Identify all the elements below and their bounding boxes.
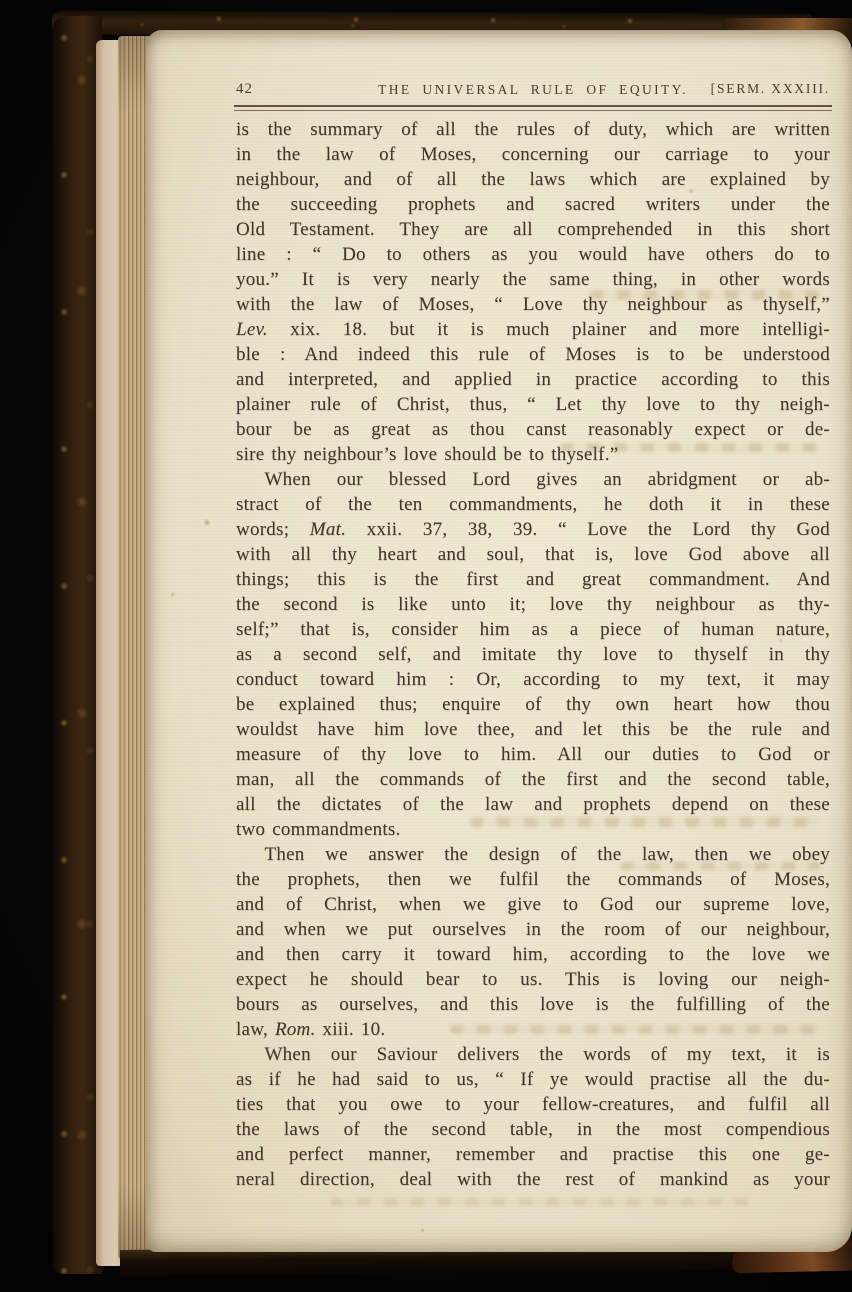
foxing-spot — [170, 592, 175, 597]
paragraph: Then we answer the design of the law, th… — [236, 842, 830, 1042]
ink-showthrough-smudge — [560, 443, 820, 452]
text-line: neral direction, deal with the rest of m… — [236, 1167, 830, 1192]
text-line: and then carry it toward him, according … — [236, 942, 830, 967]
text-line: ties that you owe to your fellow-creatur… — [236, 1092, 830, 1117]
ink-showthrough-smudge — [620, 862, 820, 870]
text-line: all the dictates of the law and prophets… — [236, 792, 830, 817]
text-line: stract of the ten commandments, he doth … — [236, 492, 830, 517]
ink-showthrough-smudge — [590, 290, 820, 300]
ink-showthrough-smudge — [450, 1025, 820, 1034]
page-number: 42 — [236, 81, 253, 98]
foxing-spot — [688, 188, 694, 194]
text-line: conduct toward him : Or, according to my… — [236, 667, 830, 692]
page-header: 42 THE UNIVERSAL RULE OF EQUITY. [SERM. … — [236, 80, 830, 102]
text-line: you.” It is very nearly the same thing, … — [236, 267, 830, 292]
ink-showthrough-smudge — [330, 1198, 750, 1206]
text-line: measure of thy love to him. All our duti… — [236, 742, 830, 767]
text-line: be explained thus; enquire of thy own he… — [236, 692, 830, 717]
text-line: neighbour, and of all the laws which are… — [236, 167, 830, 192]
text-line: and of Christ, when we give to God our s… — [236, 892, 830, 917]
text-line: plainer rule of Christ, thus, “ Let thy … — [236, 392, 830, 417]
sermon-reference: [SERM. XXXIII. — [711, 81, 830, 97]
text-line: and perfect manner, remember and practis… — [236, 1142, 830, 1167]
ink-showthrough-smudge — [470, 817, 820, 827]
text-line: the laws of the second table, in the mos… — [236, 1117, 830, 1142]
book-cover-left-spine-edge — [52, 16, 102, 1274]
text-line: things; this is the first and great comm… — [236, 567, 830, 592]
text-line: as a second self, and imitate thy love t… — [236, 642, 830, 667]
text-line: with all thy heart and soul, that is, lo… — [236, 542, 830, 567]
text-line: bour be as great as thou canst reasonabl… — [236, 417, 830, 442]
text-line: expect he should bear to us. This is lov… — [236, 967, 830, 992]
paragraph: When our Saviour delivers the words of m… — [236, 1042, 830, 1192]
text-line: and when we put ourselves in the room of… — [236, 917, 830, 942]
text-line: the succeeding prophets and sacred write… — [236, 192, 830, 217]
running-title: THE UNIVERSAL RULE OF EQUITY. — [378, 82, 688, 98]
text-line: in the law of Moses, concerning our carr… — [236, 142, 830, 167]
paragraph: When our blessed Lord gives an abridgmen… — [236, 467, 830, 842]
text-line: and interpreted, and applied in practice… — [236, 367, 830, 392]
text-line: wouldst have him love thee, and let this… — [236, 717, 830, 742]
text-line: as if he had said to us, “ If ye would p… — [236, 1067, 830, 1092]
text-line: bours as ourselves, and this love is the… — [236, 992, 830, 1017]
text-line: man, all the commands of the first and t… — [236, 767, 830, 792]
foxing-spot — [778, 638, 783, 643]
foxing-spot — [203, 519, 211, 526]
text-line: When our Saviour delivers the words of m… — [236, 1042, 830, 1067]
text-line: the prophets, then we fulfil the command… — [236, 867, 830, 892]
text-line: ble : And indeed this rule of Moses is t… — [236, 342, 830, 367]
text-line: line : “ Do to others as you would have … — [236, 242, 830, 267]
header-double-rule — [234, 105, 832, 111]
text-line: Lev. xix. 18. but it is much plainer and… — [236, 317, 830, 342]
text-line: Old Testament. They are all comprehended… — [236, 217, 830, 242]
text-line: self;” that is, consider him as a piece … — [236, 617, 830, 642]
book-page: 42 THE UNIVERSAL RULE OF EQUITY. [SERM. … — [146, 30, 852, 1252]
text-line: words; Mat. xxii. 37, 38, 39. “ Love the… — [236, 517, 830, 542]
foxing-spot — [248, 1102, 252, 1106]
text-line: is the summary of all the rules of duty,… — [236, 117, 830, 142]
book-photo-scene: 42 THE UNIVERSAL RULE OF EQUITY. [SERM. … — [0, 0, 852, 1292]
foxing-spot — [420, 1228, 425, 1233]
text-line: When our blessed Lord gives an abridgmen… — [236, 467, 830, 492]
text-line: the second is like unto it; love thy nei… — [236, 592, 830, 617]
